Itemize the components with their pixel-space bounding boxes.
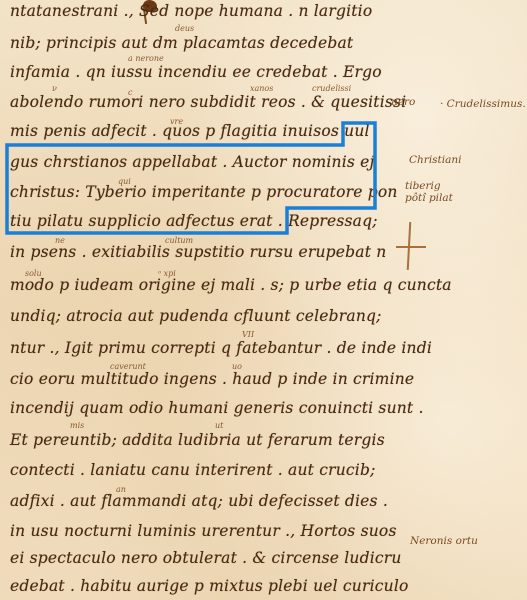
manuscript-line: nib; principis aut dm placamtas decedeba… bbox=[10, 34, 353, 52]
interlinear-gloss: a nerone bbox=[128, 54, 164, 63]
interlinear-gloss: an bbox=[116, 485, 126, 494]
manuscript-line: gus chrstianos appellabat . Auctor nomin… bbox=[10, 153, 375, 171]
manuscript-line: ntur ., Igit primu correpti q fatebantur… bbox=[10, 339, 432, 357]
interlinear-gloss: uo bbox=[232, 362, 242, 371]
interlinear-gloss: VII bbox=[242, 330, 254, 339]
interlinear-gloss: qui bbox=[118, 177, 131, 186]
manuscript-line: Et pereuntib; addita ludibria ut ferarum… bbox=[10, 431, 385, 449]
manuscript-line: contecti . laniatu canu interirent . aut… bbox=[10, 461, 376, 479]
cross-mark-icon bbox=[400, 222, 426, 270]
margin-note: Neronis ortu bbox=[410, 535, 478, 547]
manuscript-line: in usu nocturni luminis urerentur ., Hor… bbox=[10, 522, 397, 540]
interlinear-gloss: ne bbox=[55, 236, 65, 245]
manuscript-line: in psens . exitiabilis supstitio rursu e… bbox=[10, 243, 386, 261]
margin-note: nero bbox=[391, 96, 415, 108]
manuscript-line: incendij quam odio humani generis conuin… bbox=[10, 399, 424, 417]
interlinear-gloss: deus bbox=[175, 24, 194, 33]
interlinear-gloss: vre bbox=[170, 117, 183, 126]
interlinear-gloss: ν bbox=[52, 84, 57, 93]
manuscript-line: ei spectaculo nero obtulerat . & circens… bbox=[10, 549, 402, 567]
manuscript-line: undiq; atrocia aut pudenda cfluunt celeb… bbox=[10, 307, 382, 325]
manuscript-line: abolendo rumori nero subdidit reos . & q… bbox=[10, 93, 406, 111]
manuscript-line: cio eoru multitudo ingens . haud p inde … bbox=[10, 370, 414, 388]
manuscript-line: edebat . habitu aurige p mixtus plebi ue… bbox=[10, 577, 409, 595]
manuscript-line: ntatanestrani ., Sed nope humana . n lar… bbox=[10, 2, 372, 20]
margin-note: tiberig bbox=[405, 180, 441, 192]
interlinear-gloss: caverunt bbox=[110, 362, 146, 371]
manuscript-line: adfixi . aut flammandi atq; ubi defeciss… bbox=[10, 492, 388, 510]
interlinear-gloss: mis bbox=[70, 421, 84, 430]
interlinear-gloss: c bbox=[128, 88, 132, 97]
manuscript-line: mis penis adfecit . quos p flagitia inui… bbox=[10, 122, 370, 140]
manuscript-line: infamia . qn iussu incendiu ee credebat … bbox=[10, 63, 382, 81]
interlinear-gloss: crudelissi bbox=[312, 84, 351, 93]
manuscript-line: tiu pilatu supplicio adfectus erat . Rep… bbox=[10, 212, 378, 230]
interlinear-gloss: cultum bbox=[165, 236, 193, 245]
interlinear-gloss: ᵒ xpi bbox=[158, 269, 176, 278]
margin-note: · Crudelissimus. bbox=[440, 98, 526, 110]
margin-note: pôtî pilat bbox=[405, 192, 453, 204]
manuscript-line: modo p iudeam origine ej mali . s; p urb… bbox=[10, 276, 452, 294]
interlinear-gloss: ut bbox=[215, 421, 223, 430]
margin-note: Christiani bbox=[409, 154, 462, 166]
interlinear-gloss: solu bbox=[25, 269, 42, 278]
interlinear-gloss: xanos bbox=[250, 84, 273, 93]
manuscript-line: christus: Tyberio imperitante p procurat… bbox=[10, 183, 398, 201]
